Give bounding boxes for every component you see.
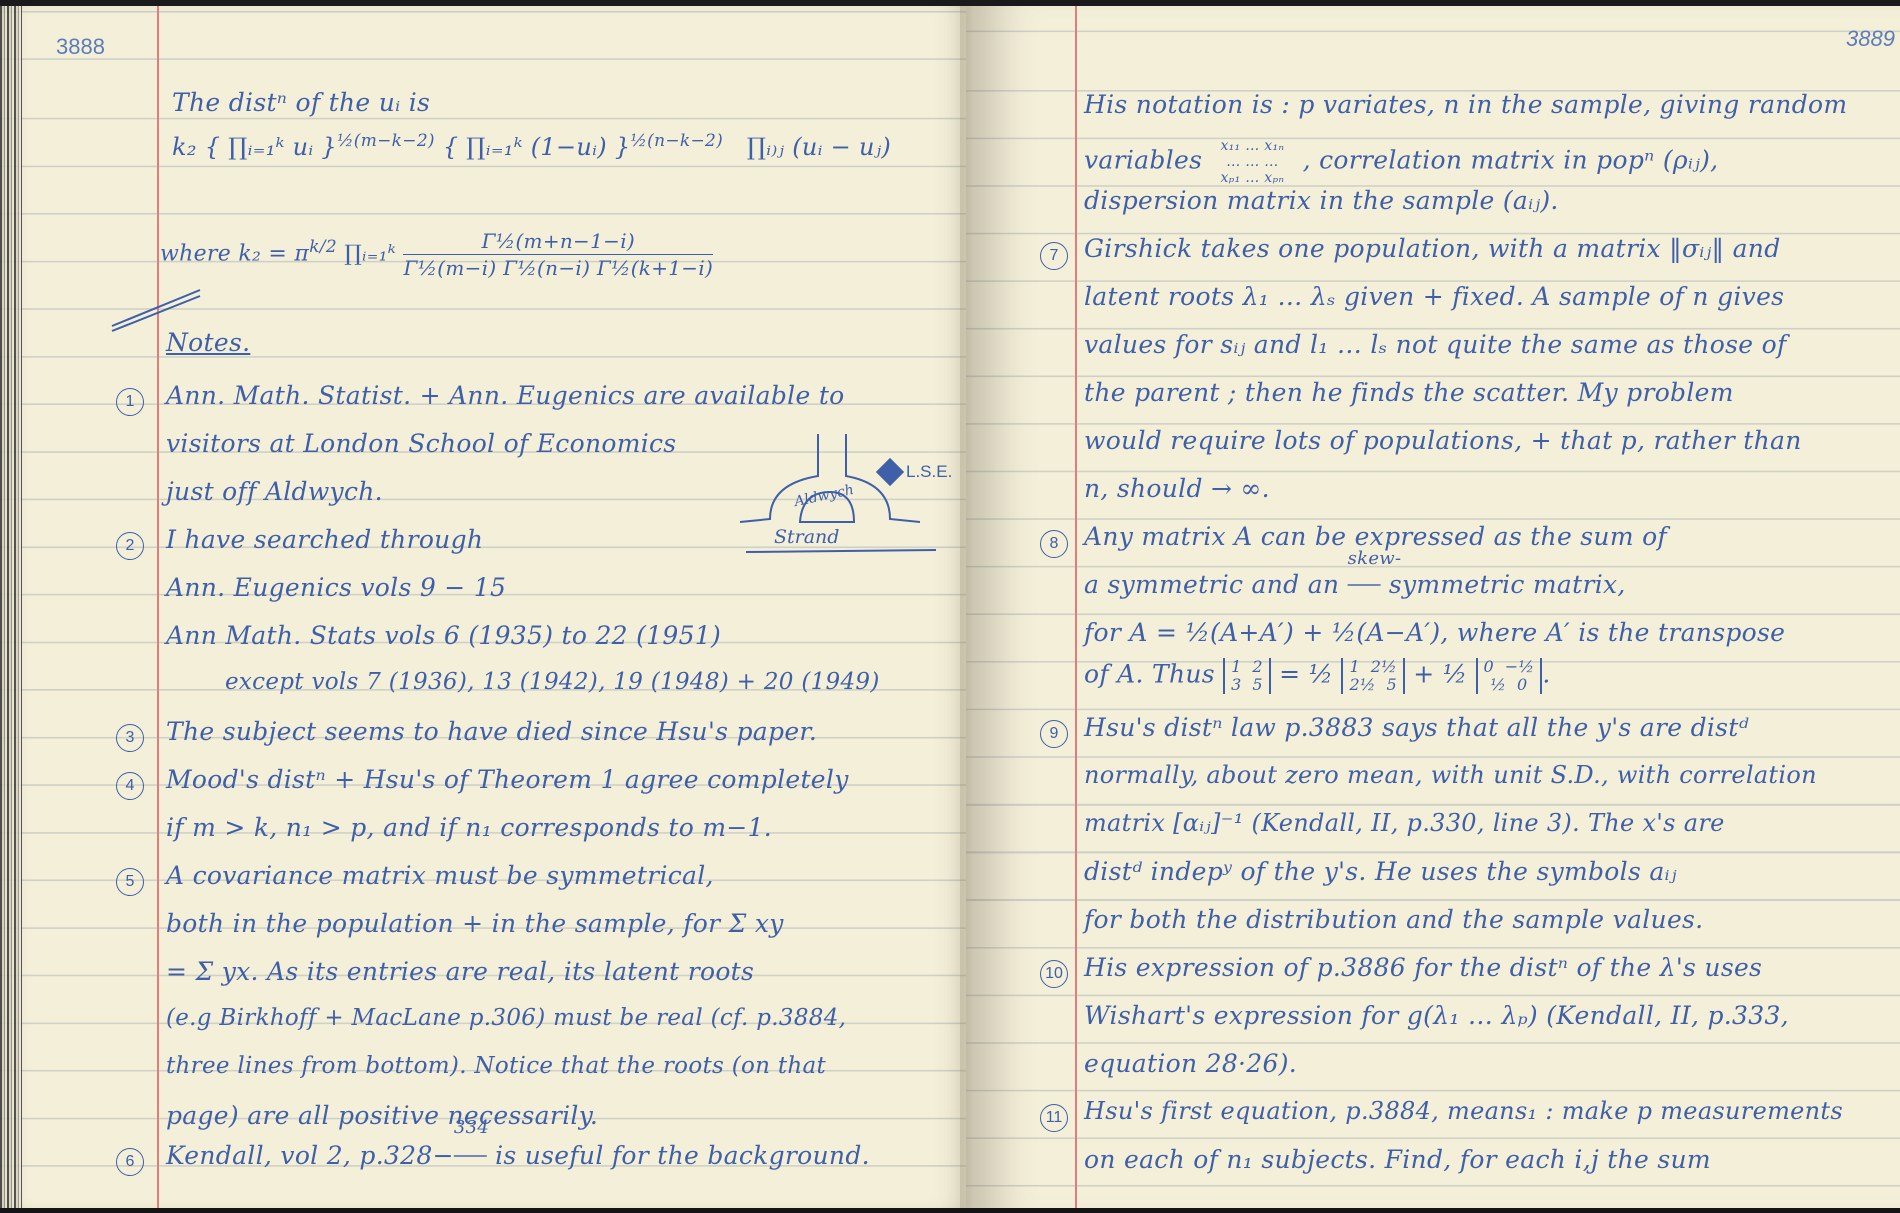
note-10-line-2: Wishart's expression for g(λ₁ … λₚ) (Ken…	[1084, 1001, 1789, 1030]
note-9-line-1: Hsu's distⁿ law p.3883 says that all the…	[1084, 713, 1749, 742]
note-1-line-3: just off Aldwych.	[166, 477, 383, 506]
plus-half: + ½	[1413, 660, 1467, 689]
notes-heading: Notes.	[166, 328, 250, 357]
note-2-line-2: Ann. Eugenics vols 9 − 15	[166, 573, 506, 602]
matrix-row-3: xₚ₁ … xₚₙ	[1220, 170, 1284, 186]
note-5-line-4: (e.g Birkhoff + MacLane p.306) must be r…	[166, 1005, 846, 1031]
note-9-line-4: distᵈ indepʸ of the y's. He uses the sym…	[1084, 857, 1677, 886]
note-6-remainder: is useful for the background.	[495, 1141, 870, 1170]
note-5-line-5: three lines from bottom). Notice that th…	[166, 1053, 826, 1079]
page-number: 3888	[56, 34, 105, 60]
note-10-line-1: His expression of p.3886 for the distⁿ o…	[1084, 953, 1762, 982]
lse-location-sketch: Aldwych Strand L.S.E.	[730, 414, 960, 554]
note-6-correction-value: 334	[454, 1117, 489, 1138]
variables-matrix: x₁₁ … x₁ₙ … … … xₚ₁ … xₚₙ	[1220, 138, 1284, 186]
note-8-line-4: of A. Thus 1 2 3 5 = ½ 1 2½ 2½ 5 + ½ 0 −…	[1084, 658, 1551, 694]
intro-line-1: His notation is : p variates, n in the s…	[1084, 90, 1847, 119]
note-9-line-3: matrix [αᵢⱼ]⁻¹ (Kendall, II, p.330, line…	[1084, 809, 1725, 837]
note-6-reference: Kendall, vol 2, p.328−	[166, 1141, 454, 1170]
variables-label: variables	[1084, 146, 1202, 175]
note-7-line-6: n, should → ∞.	[1084, 474, 1270, 503]
note-11-line-1: Hsu's first equation, p.3884, means₁ : m…	[1084, 1097, 1843, 1125]
cell: 5	[1387, 675, 1397, 694]
note-10-line-3: equation 28·26).	[1084, 1049, 1297, 1078]
matrix-a: 1 2 3 5	[1223, 658, 1271, 694]
double-stroke-mark-icon	[108, 284, 208, 332]
skew-label: skew-	[1348, 548, 1402, 569]
note-5-line-6: page) are all positive necessarily.	[166, 1101, 598, 1130]
cell: 2	[1252, 657, 1262, 676]
correlation-text: , correlation matrix in popⁿ (ρᵢⱼ),	[1303, 146, 1719, 175]
note-7-line-2: latent roots λ₁ … λₛ given + fixed. A sa…	[1084, 282, 1784, 311]
note-number-2: 2	[116, 532, 144, 560]
note-number-11: 11	[1040, 1104, 1068, 1132]
note-8-line-1: Any matrix A can be expressed as the sum…	[1084, 522, 1667, 551]
note-7-line-3: values for sᵢⱼ and l₁ … lₛ not quite the…	[1084, 330, 1787, 359]
note-number-5: 5	[116, 868, 144, 896]
distribution-formula: k₂ { ∏ᵢ₌₁ᵏ uᵢ }½(m−k−2) { ∏ᵢ₌₁ᵏ (1−uᵢ) }…	[172, 131, 891, 161]
k2-product: ∏ᵢ₌₁ᵏ	[344, 242, 396, 267]
k2-formula: where k₂ = πk/2 ∏ᵢ₌₁ᵏ Γ½(m+n−1−i) Γ½(m−i…	[160, 228, 713, 281]
intro-text: The distⁿ of the uᵢ is	[172, 88, 430, 117]
k2-lead: where k₂ = π	[160, 242, 309, 267]
note-number-3: 3	[116, 724, 144, 752]
note-2-line-1: I have searched through	[166, 525, 483, 554]
k2-numerator: Γ½(m+n−1−i)	[403, 228, 713, 254]
note-8-symmetric-matrix: symmetric matrix,	[1389, 570, 1626, 599]
note-7-line-5: would require lots of populations, + tha…	[1084, 426, 1802, 455]
cell: 2½	[1349, 675, 1375, 694]
formula-exponent-1: ½(m−k−2)	[337, 131, 435, 151]
note-number-6: 6	[116, 1148, 144, 1176]
cell: 0	[1517, 675, 1527, 694]
note-9-line-2: normally, about zero mean, with unit S.D…	[1084, 761, 1817, 789]
matrix-symmetric: 1 2½ 2½ 5	[1341, 658, 1405, 694]
margin-line	[157, 6, 159, 1208]
note-6-line: Kendall, vol 2, p.328−334 is useful for …	[166, 1141, 870, 1170]
cell: −½	[1505, 657, 1535, 676]
note-8-skew-insert: skew-	[1348, 570, 1381, 599]
note-4-line-1: Mood's distⁿ + Hsu's of Theorem 1 agree …	[166, 765, 849, 794]
matrix-skew: 0 −½ ½ 0	[1476, 658, 1543, 694]
formula-exponent-2: ½(n−k−2)	[630, 131, 723, 151]
equals-half: = ½	[1279, 660, 1333, 689]
note-number-7: 7	[1040, 242, 1068, 270]
note-number-10: 10	[1040, 960, 1068, 988]
note-11-line-2: on each of n₁ subjects. Find, for each i…	[1084, 1145, 1711, 1174]
note-5-line-1: A covariance matrix must be symmetrical,	[166, 861, 714, 890]
note-5-line-3: = Σ yx. As its entries are real, its lat…	[166, 957, 754, 986]
note-8-line-2: a symmetric and an skew- symmetric matri…	[1084, 570, 1626, 599]
matrix-row-1: x₁₁ … x₁ₙ	[1220, 138, 1284, 154]
formula-product-u: { ∏ᵢ₌₁ᵏ uᵢ }	[205, 133, 337, 161]
right-page: 3889 His notation is : p variates, n in …	[966, 6, 1900, 1208]
cell: 0	[1484, 657, 1494, 676]
note-8-thus: of A. Thus	[1084, 660, 1215, 689]
note-1-line-1: Ann. Math. Statist. + Ann. Eugenics are …	[166, 381, 845, 410]
note-4-line-2: if m > k, n₁ > p, and if n₁ corresponds …	[166, 813, 772, 842]
cell: 2½	[1371, 657, 1397, 676]
cell: ½	[1490, 675, 1506, 694]
cell: 1	[1349, 657, 1359, 676]
note-9-line-5: for both the distribution and the sample…	[1084, 905, 1703, 934]
note-3-line-1: The subject seems to have died since Hsu…	[166, 717, 817, 746]
open-notebook: 3888 The distⁿ of the uᵢ is k₂ { ∏ᵢ₌₁ᵏ u…	[0, 0, 1900, 1208]
formula-lead: k₂	[172, 133, 197, 161]
cell: 3	[1231, 675, 1241, 694]
k2-exponent: k/2	[309, 237, 337, 257]
intro-line-3: dispersion matrix in the sample (aᵢⱼ).	[1084, 186, 1559, 215]
strand-label: Strand	[774, 526, 839, 548]
formula-product-1-minus-u: { ∏ᵢ₌₁ᵏ (1−uᵢ) }	[443, 133, 631, 161]
note-7-line-4: the parent ; then he finds the scatter. …	[1084, 378, 1734, 407]
note-5-line-2: both in the population + in the sample, …	[166, 909, 784, 938]
formula-product-differences: ∏ᵢ₎ⱼ (uᵢ − uⱼ)	[747, 133, 891, 161]
intro-line-2: variables x₁₁ … x₁ₙ … … … xₚ₁ … xₚₙ , co…	[1084, 138, 1718, 186]
note-1-line-2: visitors at London School of Economics	[166, 429, 676, 458]
margin-line	[1075, 6, 1077, 1208]
cell: 5	[1252, 675, 1262, 694]
book-spine	[960, 6, 974, 1208]
note-number-1: 1	[116, 388, 144, 416]
cell: 1	[1231, 657, 1241, 676]
note-number-9: 9	[1040, 720, 1068, 748]
note-7-line-1: Girshick takes one population, with a ma…	[1084, 234, 1781, 263]
note-number-4: 4	[116, 772, 144, 800]
k2-fraction: Γ½(m+n−1−i) Γ½(m−i) Γ½(n−i) Γ½(k+1−i)	[403, 228, 713, 281]
note-2-line-4: except vols 7 (1936), 13 (1942), 19 (194…	[225, 669, 880, 695]
note-2-line-3: Ann Math. Stats vols 6 (1935) to 22 (195…	[166, 621, 721, 650]
page-number: 3889	[1846, 26, 1895, 52]
page-edges	[0, 6, 22, 1208]
note-8-line-3: for A = ½(A+A′) + ½(A−A′), where A′ is t…	[1084, 618, 1785, 647]
period: .	[1542, 660, 1550, 689]
lse-label: L.S.E.	[906, 462, 952, 482]
matrix-row-2: … … …	[1220, 154, 1284, 170]
note-number-8: 8	[1040, 530, 1068, 558]
note-8-symmetric: a symmetric and an	[1084, 570, 1339, 599]
k2-denominator: Γ½(m−i) Γ½(n−i) Γ½(k+1−i)	[403, 254, 713, 281]
left-page: 3888 The distⁿ of the uᵢ is k₂ { ∏ᵢ₌₁ᵏ u…	[0, 6, 966, 1208]
note-6-correction: 334	[454, 1141, 487, 1170]
